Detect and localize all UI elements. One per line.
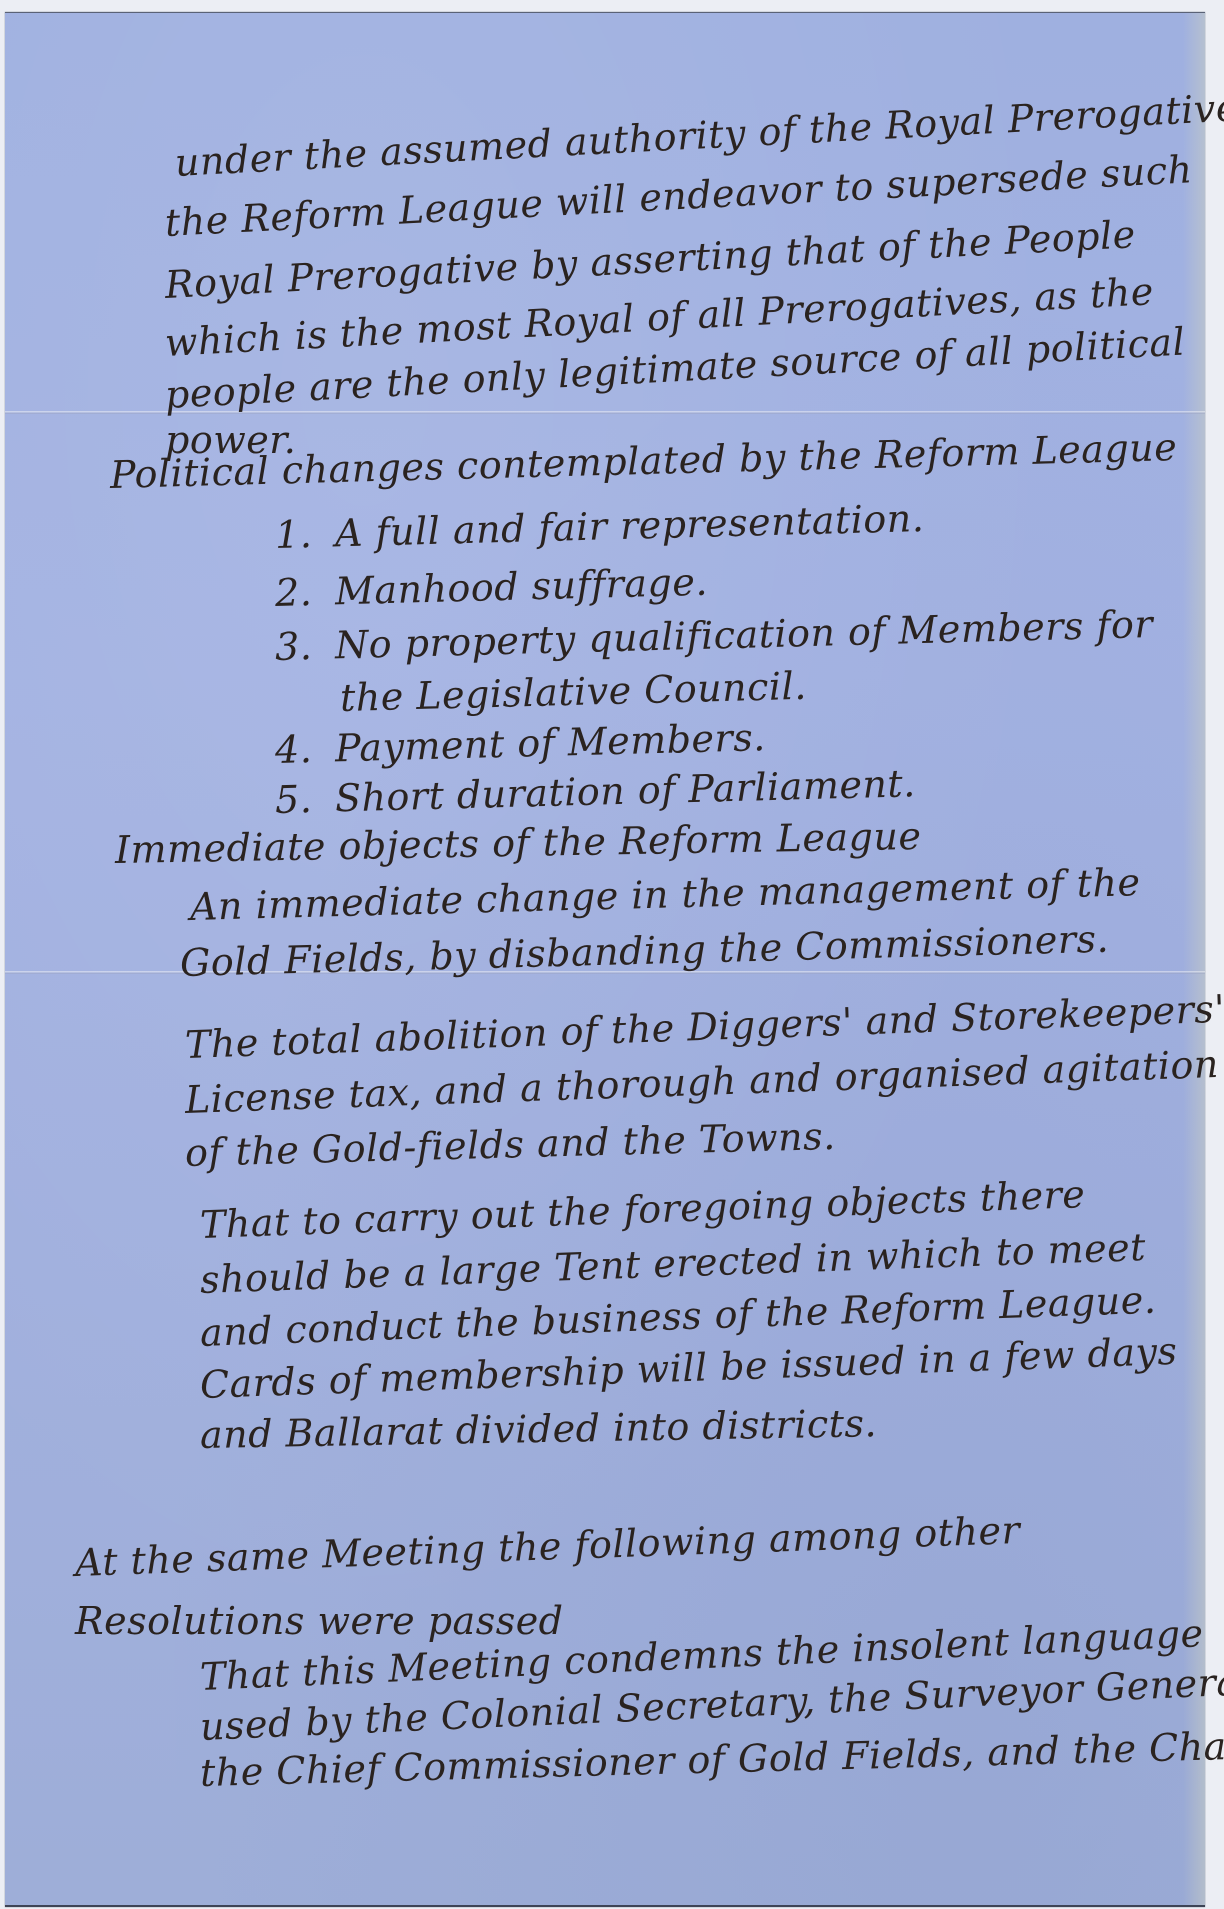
list-item-continuation: the Legislative Council. bbox=[339, 664, 807, 720]
text-line: of the Gold-fields and the Towns. bbox=[184, 1114, 836, 1175]
list-item: 1.A full and fair representation. bbox=[274, 496, 924, 557]
text-line: Resolutions were passed bbox=[75, 1599, 564, 1643]
list-number: 2. bbox=[274, 569, 335, 615]
list-number: 4. bbox=[274, 726, 335, 772]
section-heading: Immediate objects of the Reform League bbox=[115, 814, 922, 872]
list-item: 3.No property qualification of Members f… bbox=[274, 602, 1153, 669]
list-text: No property qualification of Members for bbox=[334, 602, 1153, 667]
list-text: Payment of Members. bbox=[334, 715, 766, 770]
text-line: Gold Fields, by disbanding the Commissio… bbox=[179, 917, 1109, 985]
text-line: At the same Meeting the following among … bbox=[74, 1508, 1021, 1585]
manuscript-page: under the assumed authority of the Royal… bbox=[5, 12, 1205, 1907]
list-item: 4.Payment of Members. bbox=[274, 715, 766, 772]
list-text: Short duration of Parliament. bbox=[334, 761, 916, 820]
list-item: 5.Short duration of Parliament. bbox=[274, 761, 916, 822]
list-number: 5. bbox=[274, 776, 335, 822]
text-line: and Ballarat divided into districts. bbox=[200, 1401, 878, 1457]
list-number: 3. bbox=[274, 623, 335, 669]
list-text: A full and fair representation. bbox=[334, 496, 924, 555]
list-text: Manhood suffrage. bbox=[334, 560, 708, 614]
list-number: 1. bbox=[274, 511, 335, 557]
list-item: 2.Manhood suffrage. bbox=[274, 560, 708, 615]
